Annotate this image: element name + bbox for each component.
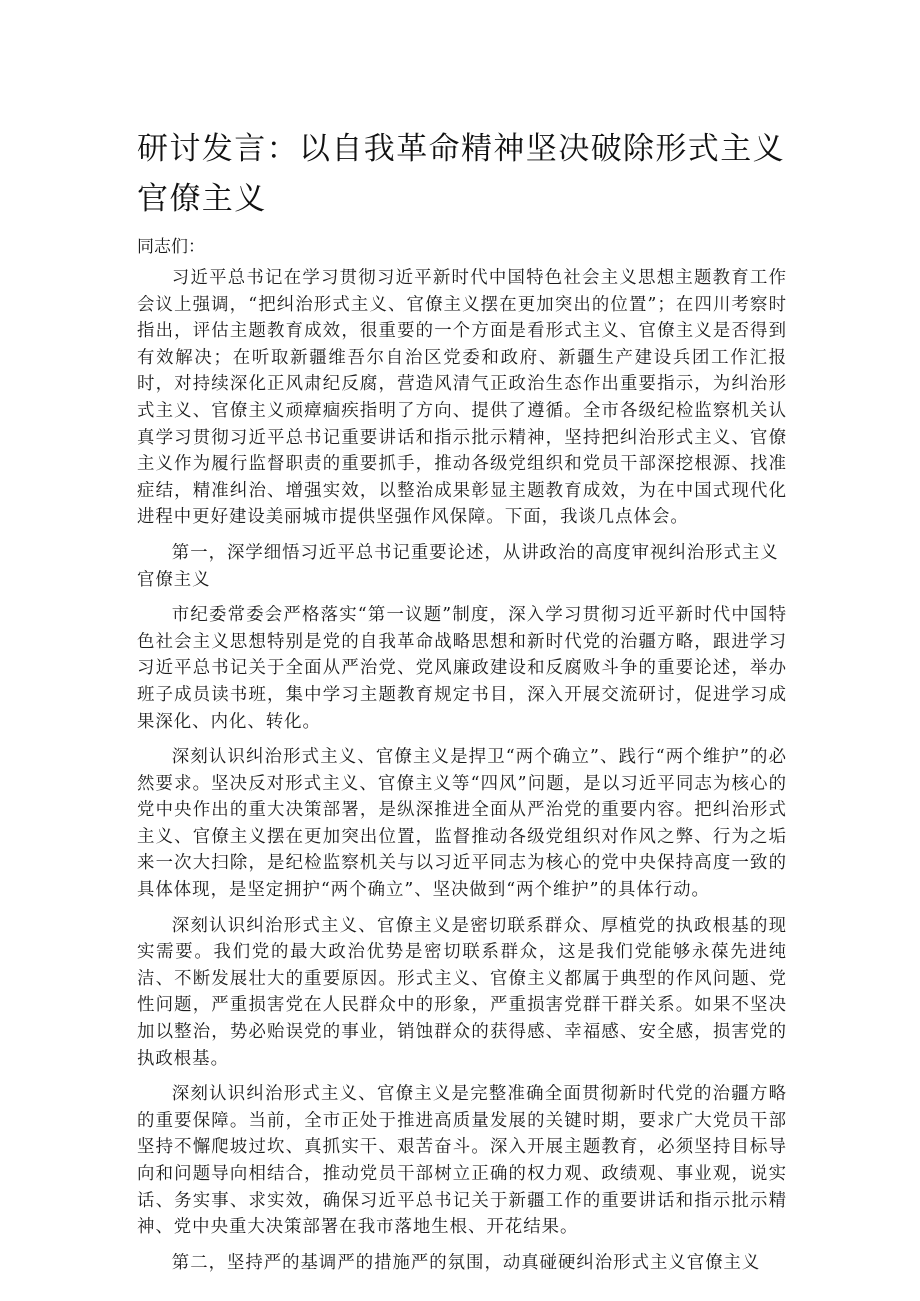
section-heading-1: 第一，深学细悟习近平总书记重要论述，从讲政治的高度审视纠治形式主义官僚主义 bbox=[137, 540, 787, 593]
paragraph: 市纪委常委会严格落实“第一议题”制度，深入学习贯彻习近平新时代中国特色社会主义思… bbox=[137, 602, 787, 735]
paragraph: 深刻认识纠治形式主义、官僚主义是密切联系群众、厚植党的执政根基的现实需要。我们党… bbox=[137, 913, 787, 1073]
document-title: 研讨发言：以自我革命精神坚决破除形式主义官僚主义 bbox=[137, 124, 787, 224]
paragraph-intro: 习近平总书记在学习贯彻习近平新时代中国特色社会主义思想主题教育工作会议上强调，“… bbox=[137, 265, 787, 531]
paragraph: 深刻认识纠治形式主义、官僚主义是完整准确全面贯彻新时代党的治疆方略的重要保障。当… bbox=[137, 1081, 787, 1241]
paragraph: 深刻认识纠治形式主义、官僚主义是捍卫“两个确立”、践行“两个维护”的必然要求。坚… bbox=[137, 744, 787, 904]
document-page: 研讨发言：以自我革命精神坚决破除形式主义官僚主义 同志们： 习近平总书记在学习贯… bbox=[137, 124, 787, 1285]
salutation: 同志们： bbox=[137, 234, 787, 261]
section-heading-2: 第二，坚持严的基调严的措施严的氛围，动真碰硬纠治形式主义官僚主义 bbox=[137, 1250, 787, 1277]
